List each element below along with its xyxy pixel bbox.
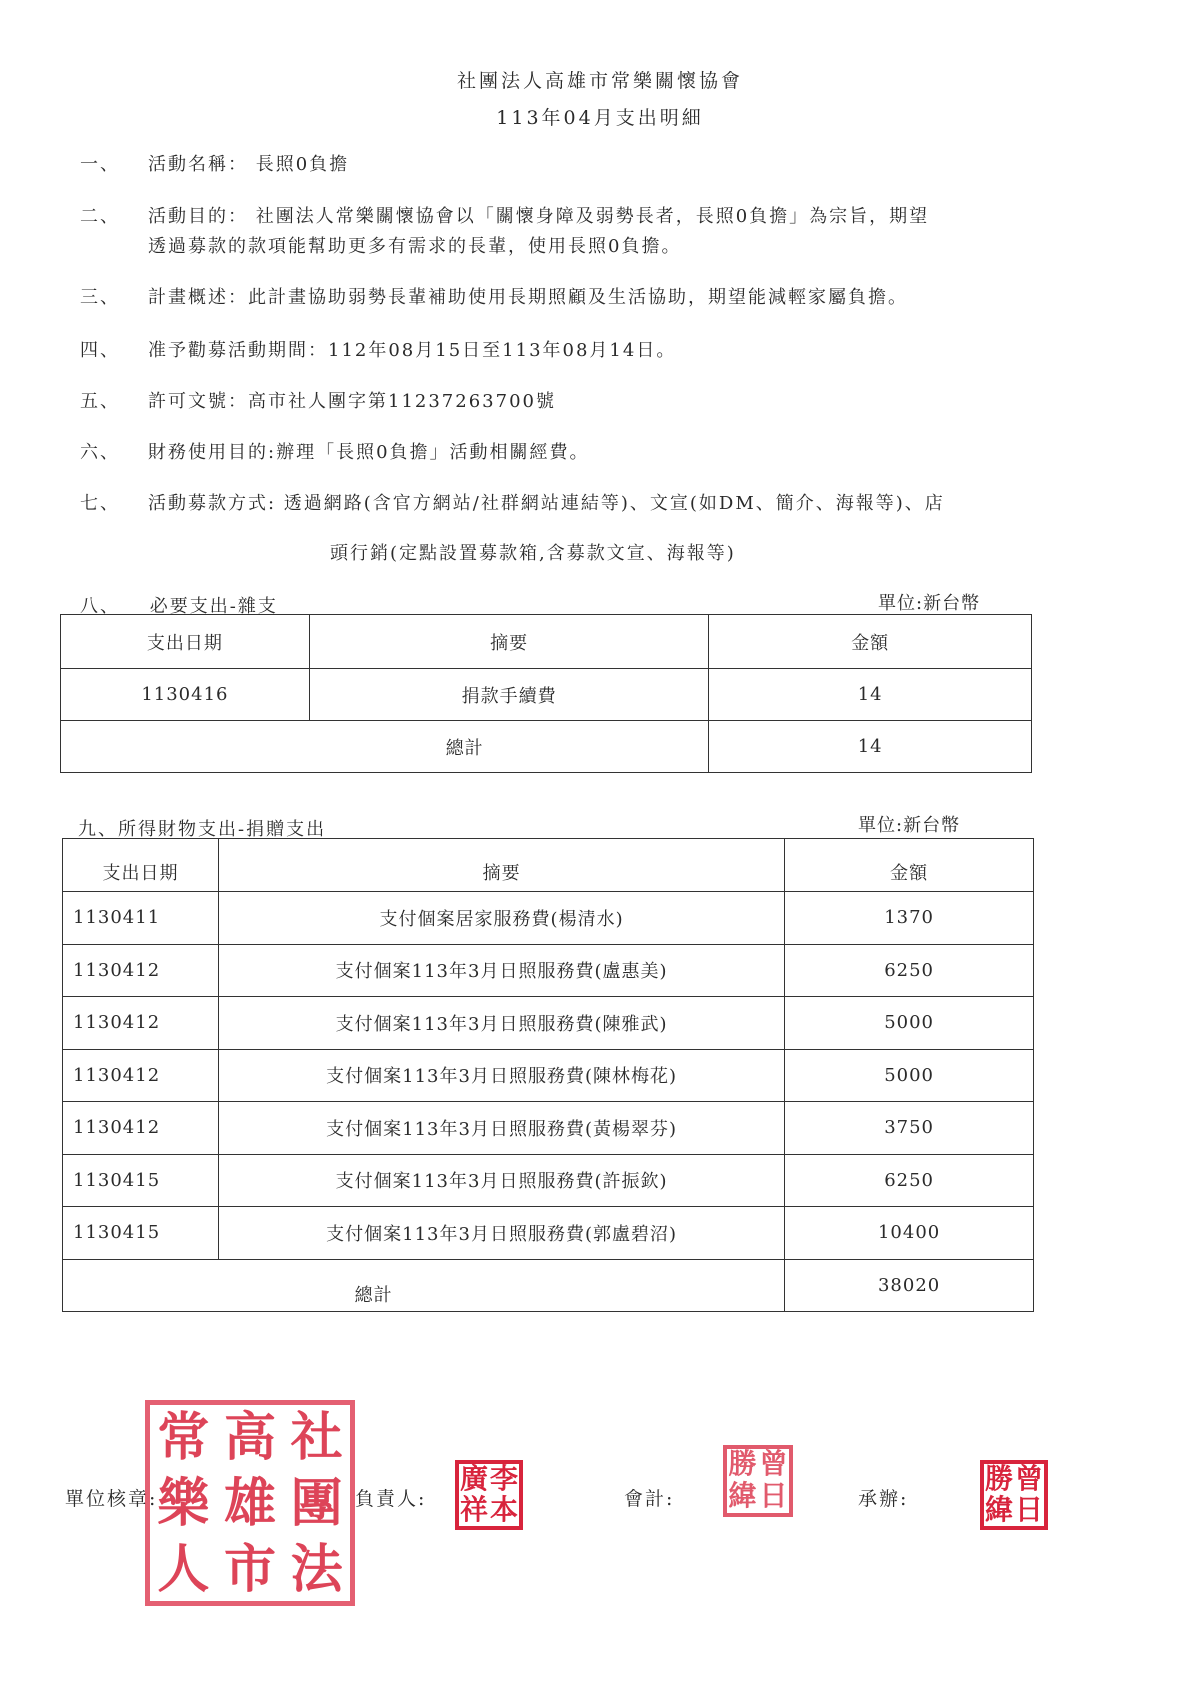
table-row: 1130411 支付個案居家服務費(楊清水) 1370 bbox=[63, 892, 1034, 945]
seal-char: 法 bbox=[283, 1537, 350, 1603]
section8-unit: 單位:新台幣 bbox=[878, 589, 980, 615]
item-number: 七、 bbox=[80, 489, 120, 515]
seal-char: 雄 bbox=[217, 1471, 284, 1537]
accountant-label: 會計: bbox=[624, 1484, 674, 1511]
item-text: 財務使用目的:辦理「長照0負擔」活動相關經費。 bbox=[148, 438, 590, 464]
cell-amount: 14 bbox=[709, 669, 1032, 721]
principal-label: 負責人: bbox=[355, 1484, 426, 1511]
item-text: 計畫概述：此計畫協助弱勢長輩補助使用長期照顧及生活協助，期望能減輕家屬負擔。 bbox=[148, 283, 908, 309]
table-header-row: 支出日期 摘要 金額 bbox=[63, 839, 1034, 892]
seal-char: 曾 bbox=[758, 1449, 789, 1481]
cell-summary: 捐款手續費 bbox=[309, 669, 709, 721]
item-number: 三、 bbox=[80, 283, 120, 309]
cell-date: 1130415 bbox=[63, 1207, 219, 1260]
seal-char: 勝 bbox=[984, 1464, 1014, 1495]
cell-amount: 3750 bbox=[785, 1102, 1034, 1155]
item-text: 活動募款方式: 透過網路(含官方網站/社群網站連結等)、文宣(如DM、簡介、海報… bbox=[148, 489, 945, 515]
column-header-summary: 摘要 bbox=[218, 839, 784, 892]
item-number: 二、 bbox=[80, 202, 120, 228]
organization-title: 社團法人高雄市常樂關懷協會 bbox=[0, 66, 1200, 93]
cell-summary: 支付個案113年3月日照服務費(許振欽) bbox=[218, 1154, 784, 1207]
seal-char: 李 bbox=[489, 1464, 519, 1495]
table-header-row: 支出日期 摘要 金額 bbox=[61, 615, 1032, 669]
item-text: 准予勸募活動期間：112年08月15日至113年08月14日。 bbox=[148, 336, 676, 362]
cell-summary: 支付個案113年3月日照服務費(陳雅武) bbox=[218, 997, 784, 1050]
principal-seal: 李 本 廣 祥 bbox=[455, 1460, 523, 1530]
handler-label: 承辦: bbox=[858, 1484, 908, 1511]
item-text: 活動目的： 社團法人常樂關懷協會以「關懷身障及弱勢長者，長照0負擔」為宗旨，期望 bbox=[148, 202, 929, 228]
item-number: 六、 bbox=[80, 438, 120, 464]
section8-table: 支出日期 摘要 金額 1130416 捐款手續費 14 總計 14 bbox=[60, 614, 1032, 773]
report-title: 113年04月支出明細 bbox=[0, 103, 1200, 130]
table-row: 1130412 支付個案113年3月日照服務費(盧惠美) 6250 bbox=[63, 944, 1034, 997]
unit-seal-label: 單位核章: bbox=[65, 1484, 157, 1511]
column-header-amount: 金額 bbox=[709, 615, 1032, 669]
item-text-cont: 透過募款的款項能幫助更多有需求的長輩，使用長照0負擔。 bbox=[148, 232, 681, 258]
section9-table: 支出日期 摘要 金額 1130411 支付個案居家服務費(楊清水) 1370 1… bbox=[62, 838, 1034, 1312]
table-row: 1130412 支付個案113年3月日照服務費(陳林梅花) 5000 bbox=[63, 1049, 1034, 1102]
seal-char: 市 bbox=[217, 1537, 284, 1603]
total-amount: 38020 bbox=[785, 1259, 1034, 1312]
item-text: 許可文號：高市社人團字第11237263700號 bbox=[148, 387, 556, 413]
item-number: 四、 bbox=[80, 336, 120, 362]
cell-summary: 支付個案113年3月日照服務費(郭盧碧沼) bbox=[218, 1207, 784, 1260]
handler-seal: 曾 日 勝 緯 bbox=[980, 1460, 1048, 1530]
seal-char: 樂 bbox=[150, 1471, 217, 1537]
seal-char: 日 bbox=[1014, 1495, 1044, 1526]
column-header-summary: 摘要 bbox=[309, 615, 709, 669]
table-row: 1130412 支付個案113年3月日照服務費(陳雅武) 5000 bbox=[63, 997, 1034, 1050]
total-amount: 14 bbox=[709, 721, 1032, 773]
cell-amount: 6250 bbox=[785, 1154, 1034, 1207]
cell-summary: 支付個案113年3月日照服務費(黃楊翠芬) bbox=[218, 1102, 784, 1155]
cell-amount: 10400 bbox=[785, 1207, 1034, 1260]
seal-char: 勝 bbox=[727, 1449, 758, 1481]
cell-amount: 5000 bbox=[785, 1049, 1034, 1102]
table-total-row: 總計 38020 bbox=[63, 1259, 1034, 1312]
seal-char: 人 bbox=[150, 1537, 217, 1603]
organization-seal: 社 團 法 高 雄 市 常 樂 人 bbox=[145, 1400, 355, 1606]
cell-amount: 6250 bbox=[785, 944, 1034, 997]
table-row: 1130416 捐款手續費 14 bbox=[61, 669, 1032, 721]
seal-char: 曾 bbox=[1014, 1464, 1044, 1495]
column-header-date: 支出日期 bbox=[63, 839, 219, 892]
item-number: 一、 bbox=[80, 150, 120, 176]
cell-date: 1130411 bbox=[63, 892, 219, 945]
cell-date: 1130415 bbox=[63, 1154, 219, 1207]
cell-date: 1130412 bbox=[63, 1102, 219, 1155]
cell-amount: 5000 bbox=[785, 997, 1034, 1050]
cell-summary: 支付個案113年3月日照服務費(陳林梅花) bbox=[218, 1049, 784, 1102]
section9-unit: 單位:新台幣 bbox=[858, 811, 960, 837]
table-row: 1130415 支付個案113年3月日照服務費(許振欽) 6250 bbox=[63, 1154, 1034, 1207]
cell-summary: 支付個案居家服務費(楊清水) bbox=[218, 892, 784, 945]
seal-char: 緯 bbox=[984, 1495, 1014, 1526]
cell-date: 1130412 bbox=[63, 997, 219, 1050]
seal-char: 團 bbox=[283, 1471, 350, 1537]
cell-summary: 支付個案113年3月日照服務費(盧惠美) bbox=[218, 944, 784, 997]
table-total-row: 總計 14 bbox=[61, 721, 1032, 773]
seal-char: 本 bbox=[489, 1495, 519, 1526]
seal-char: 高 bbox=[217, 1405, 284, 1471]
accountant-seal: 曾 日 勝 緯 bbox=[723, 1445, 793, 1517]
column-header-date: 支出日期 bbox=[61, 615, 310, 669]
seal-char: 日 bbox=[758, 1481, 789, 1513]
seal-char: 祥 bbox=[459, 1495, 489, 1526]
seal-char: 社 bbox=[283, 1405, 350, 1471]
seal-char: 常 bbox=[150, 1405, 217, 1471]
column-header-amount: 金額 bbox=[785, 839, 1034, 892]
cell-amount: 1370 bbox=[785, 892, 1034, 945]
table-row: 1130412 支付個案113年3月日照服務費(黃楊翠芬) 3750 bbox=[63, 1102, 1034, 1155]
cell-date: 1130412 bbox=[63, 944, 219, 997]
seal-char: 廣 bbox=[459, 1464, 489, 1495]
total-label: 總計 bbox=[61, 721, 709, 773]
seal-char: 緯 bbox=[727, 1481, 758, 1513]
item-text: 活動名稱： 長照0負擔 bbox=[148, 150, 349, 176]
item-number: 五、 bbox=[80, 387, 120, 413]
cell-date: 1130416 bbox=[61, 669, 310, 721]
cell-date: 1130412 bbox=[63, 1049, 219, 1102]
table-row: 1130415 支付個案113年3月日照服務費(郭盧碧沼) 10400 bbox=[63, 1207, 1034, 1260]
item-text-cont: 頭行銷(定點設置募款箱,含募款文宣、海報等) bbox=[330, 543, 736, 564]
total-label: 總計 bbox=[63, 1259, 785, 1312]
item-fundraising-method-cont: 頭行銷(定點設置募款箱,含募款文宣、海報等) bbox=[330, 539, 736, 565]
